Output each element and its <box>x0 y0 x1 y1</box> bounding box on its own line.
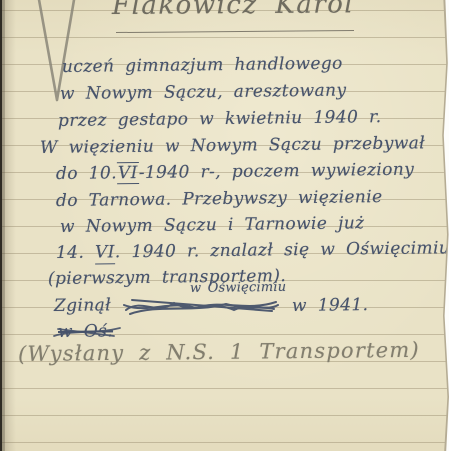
title-underline <box>116 30 354 33</box>
line-text: do 10. <box>56 163 117 184</box>
strikeout-line-icon <box>52 324 122 340</box>
body-line: 14. VI. 1940 r. znalazł się w Oświęcimiu <box>56 238 449 263</box>
body-line: w 1941. <box>292 295 369 316</box>
line-text: -1940 r-, poczem wywieziony <box>139 160 415 183</box>
pencil-note: (Wysłany z N.S. 1 Transportem) <box>18 338 420 366</box>
title-name: Flakowicz Karol <box>112 0 354 21</box>
scan-left-edge <box>0 0 16 451</box>
scanned-document-page: Flakowicz Karol uczeń gimnazjum handlowe… <box>0 0 449 451</box>
paper-right-edge <box>429 0 449 451</box>
body-line: W więzieniu w Nowym Sączu przebywał <box>40 133 425 158</box>
body-line: w Nowym Sączu, aresztowany <box>60 81 347 104</box>
body-line: przez gestapo w kwietniu 1940 r. <box>58 107 382 131</box>
body-line: w Nowym Sączu i Tarnowie już <box>60 213 365 237</box>
body-line: do 10.VI-1940 r-, poczem wywieziony <box>56 160 414 184</box>
roman-numeral-month: VI <box>95 242 115 264</box>
roman-numeral-month: VI <box>117 162 139 184</box>
scribble-strikeout-icon <box>122 294 282 320</box>
line-text: 14. <box>56 243 95 263</box>
line-text: . 1940 r. znalazł się w Oświęcimiu <box>115 238 449 262</box>
body-line: do Tarnowa. Przebywszy więzienie <box>56 187 383 211</box>
body-line: uczeń gimnazjum handlowego <box>62 54 343 77</box>
body-line: Zginął <box>54 295 111 316</box>
